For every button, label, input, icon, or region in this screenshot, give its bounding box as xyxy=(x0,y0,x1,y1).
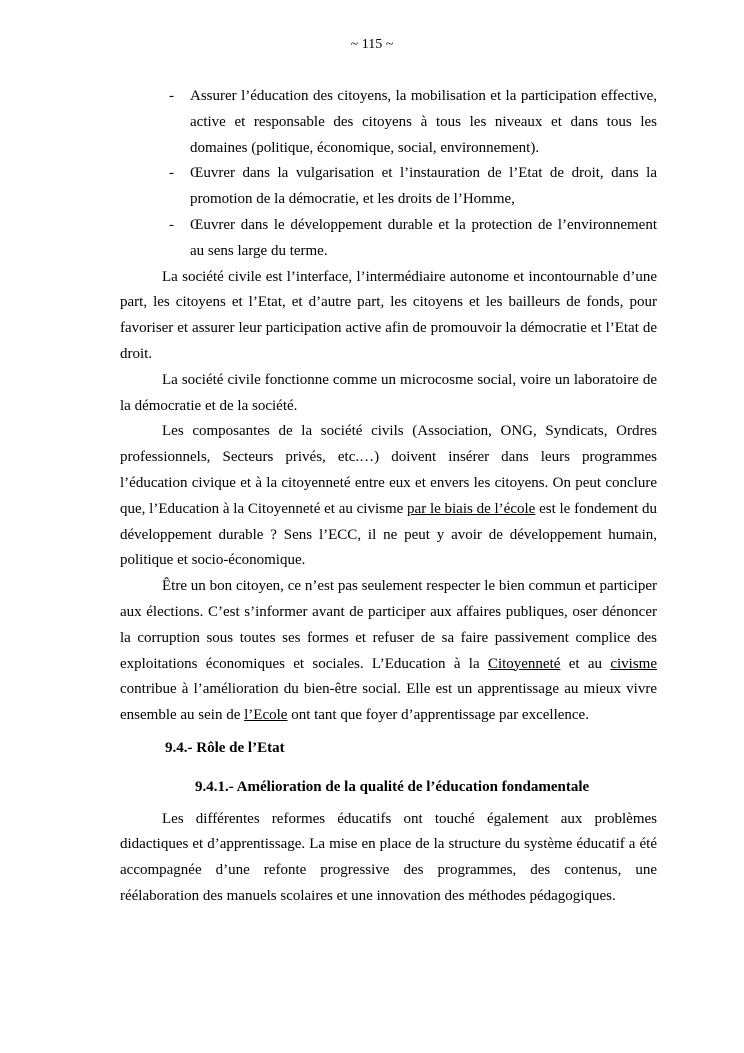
bullet-text: Œuvrer dans le développement durable et … xyxy=(190,213,657,265)
underlined-text: l’Ecole xyxy=(244,707,287,723)
text-run: Œuvrer dans la vulgarisation et l’instau… xyxy=(190,165,657,207)
bullet-text: Assurer l’éducation des citoyens, la mob… xyxy=(190,84,657,161)
paragraph: Être un bon citoyen, ce n’est pas seulem… xyxy=(120,574,657,729)
bullet-item: -Œuvrer dans le développement durable et… xyxy=(120,213,657,265)
paragraph: Les différentes reformes éducatifs ont t… xyxy=(120,807,657,910)
text-run: Œuvrer dans le développement durable et … xyxy=(190,217,657,259)
paragraph: La société civile fonctionne comme un mi… xyxy=(120,368,657,420)
paragraph: La société civile est l’interface, l’int… xyxy=(120,265,657,368)
bullet-marker: - xyxy=(169,84,190,161)
text-run: La société civile fonctionne comme un mi… xyxy=(120,372,657,414)
text-run: 9.4.- Rôle de l’Etat xyxy=(165,740,285,756)
underlined-text: par le biais de l’école xyxy=(407,501,535,517)
text-run: 9.4.1.- Amélioration de la qualité de l’… xyxy=(195,779,589,795)
bullet-marker: - xyxy=(169,161,190,213)
document-content: -Assurer l’éducation des citoyens, la mo… xyxy=(120,84,657,910)
text-run: Les différentes reformes éducatifs ont t… xyxy=(120,811,657,904)
subsection-heading: 9.4.1.- Amélioration de la qualité de l’… xyxy=(195,775,657,801)
page-number: ~ 115 ~ xyxy=(0,0,744,53)
text-run: et au xyxy=(560,656,610,672)
document-page: ~ 115 ~ -Assurer l’éducation des citoyen… xyxy=(0,0,744,1053)
text-run: Assurer l’éducation des citoyens, la mob… xyxy=(190,88,657,156)
underlined-text: Citoyenneté xyxy=(488,656,560,672)
text-run: La société civile est l’interface, l’int… xyxy=(120,269,657,362)
section-heading: 9.4.- Rôle de l’Etat xyxy=(165,736,657,762)
bullet-text: Œuvrer dans la vulgarisation et l’instau… xyxy=(190,161,657,213)
bullet-item: -Assurer l’éducation des citoyens, la mo… xyxy=(120,84,657,161)
bullet-item: -Œuvrer dans la vulgarisation et l’insta… xyxy=(120,161,657,213)
paragraph: Les composantes de la société civils (As… xyxy=(120,419,657,574)
underlined-text: civisme xyxy=(610,656,657,672)
text-run: ont tant que foyer d’apprentissage par e… xyxy=(287,707,589,723)
bullet-marker: - xyxy=(169,213,190,265)
